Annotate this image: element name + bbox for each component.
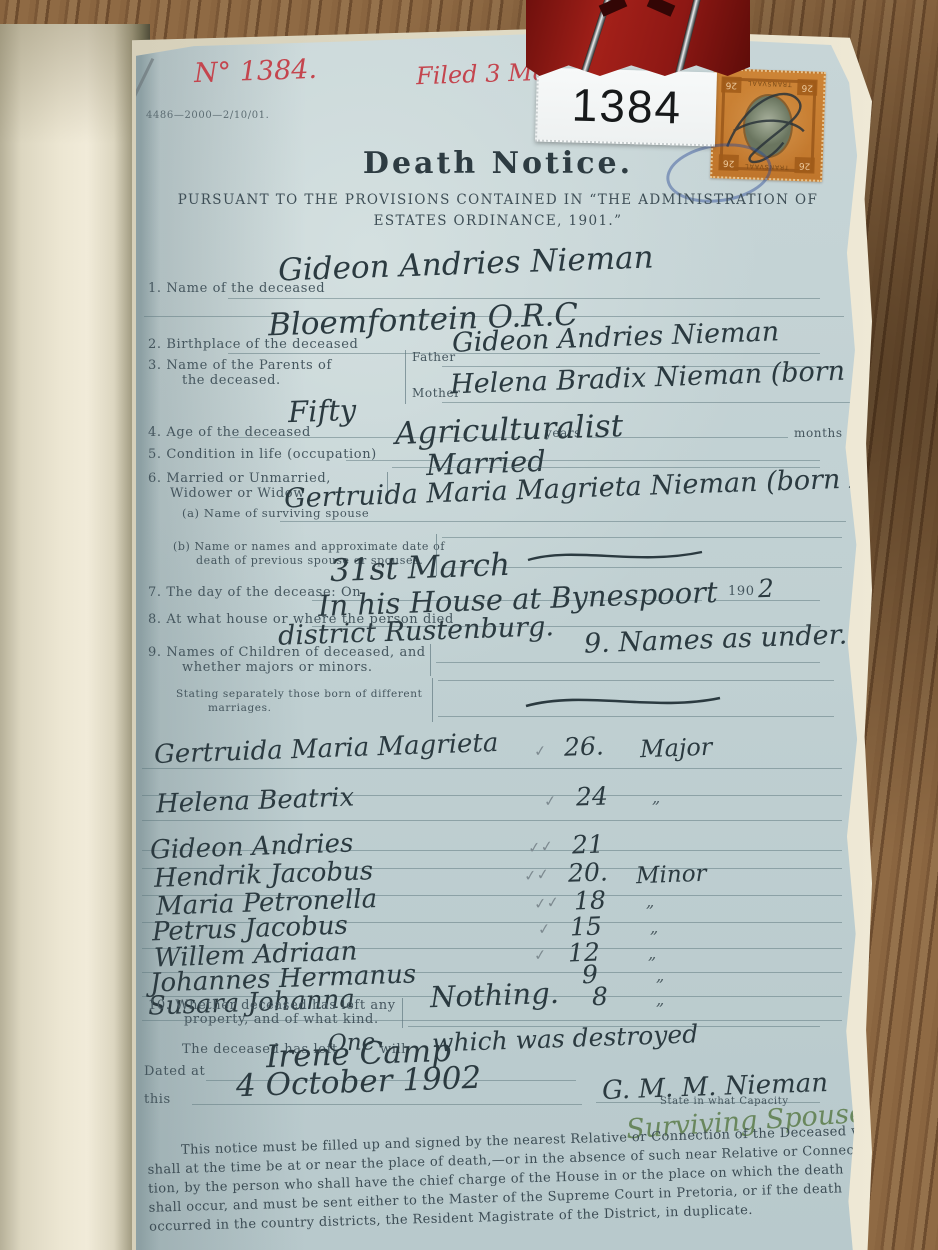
child-row-name: Helena Beatrix xyxy=(156,783,355,820)
field9-label-line1: 9. Names of Children of deceased, and xyxy=(148,645,426,660)
child-row-status: „ xyxy=(646,892,654,911)
rule-line xyxy=(142,768,842,769)
pencil-check-icon: ✓ xyxy=(533,945,547,964)
field5-label: 5. Condition in life (occupation) xyxy=(148,447,377,462)
brace-line xyxy=(402,998,403,1028)
case-number-handwritten: N° 1384. xyxy=(193,54,317,89)
rule-line xyxy=(438,680,834,681)
field1-value: Gideon Andries Nieman xyxy=(277,239,654,288)
child-row-status: „ xyxy=(656,966,664,985)
father-label: Father xyxy=(412,350,456,364)
rule-line xyxy=(436,662,820,663)
pencil-check-icon: ✓✓ xyxy=(523,865,550,886)
months-label: months xyxy=(794,426,843,440)
child-row-status: „ xyxy=(656,990,664,1009)
child-row-status: „ xyxy=(648,944,656,963)
pencil-check-icon: ✓ xyxy=(533,741,547,760)
rule-line xyxy=(438,716,834,717)
date-value: 4 October 1902 xyxy=(235,1060,481,1105)
death-notice-form-page: N° 1384. Filed 3 Ma 4486—2000—2/10/01. T… xyxy=(136,34,860,1250)
rule-line xyxy=(442,537,842,538)
field6a-value: Gertruida Maria Magrieta Nieman (born Bo… xyxy=(284,461,860,515)
child-row-age: 8 xyxy=(591,982,608,1012)
rule-line xyxy=(716,600,820,601)
year-written: 2 xyxy=(757,574,774,604)
field9-label-line2: whether majors or minors. xyxy=(182,660,373,675)
field4-value: Fifty xyxy=(287,393,356,429)
rule-line xyxy=(442,402,860,403)
form-title: Death Notice. xyxy=(136,146,860,181)
child-row-status: „ xyxy=(650,918,658,937)
field10-label-line1: 10. Whether deceased has left any xyxy=(148,998,396,1013)
child-row-age: 21 xyxy=(572,829,605,859)
field3-label-line2: the deceased. xyxy=(182,373,281,388)
pencil-check-mark-icon xyxy=(136,58,154,106)
form-subtitle-line1: PURSUANT TO THE PROVISIONS CONTAINED IN … xyxy=(136,192,860,208)
brace-line xyxy=(430,644,431,676)
pencil-check-icon: ✓ xyxy=(543,791,557,810)
child-row-name: Gertruida Maria Magrieta xyxy=(154,728,499,770)
form-serial-number: 4486—2000—2/10/01. xyxy=(146,110,269,121)
field10-label-line2: property, and of what kind. xyxy=(184,1012,379,1027)
archive-number: 1384 xyxy=(571,77,683,134)
field9-note-line2: marriages. xyxy=(208,702,272,714)
book-page-stack xyxy=(0,24,150,1250)
pen-dash-stroke xyxy=(526,546,706,566)
pen-dash-stroke xyxy=(524,690,724,712)
dated-at-label: Dated at xyxy=(144,1064,205,1079)
child-row-status: „ xyxy=(652,788,660,807)
pencil-check-icon: ✓✓ xyxy=(533,893,560,914)
brace-line xyxy=(405,350,406,404)
rule-line xyxy=(142,820,842,821)
red-binder-clip xyxy=(526,0,750,76)
child-row-status: Minor xyxy=(636,861,707,889)
rule-line xyxy=(280,521,846,522)
rule-line xyxy=(346,460,820,461)
archive-number-card: 1384 xyxy=(535,68,717,147)
mother-value: Helena Bradix Nieman (born Potgieter) xyxy=(450,351,860,401)
form-subtitle-line2: ESTATES ORDINANCE, 1901.” xyxy=(136,213,860,229)
footer-instructions: This notice must be filled up and signed… xyxy=(147,1122,849,1237)
year-printed: 190 xyxy=(728,584,755,599)
pencil-check-icon: ✓✓ xyxy=(527,837,554,858)
child-row-age: 20. xyxy=(568,857,609,887)
field10-value: Nothing. xyxy=(429,976,559,1014)
this-label: this xyxy=(144,1092,171,1107)
field3-label-line1: 3. Name of the Parents of xyxy=(148,358,332,373)
child-row-status: Major xyxy=(640,733,713,764)
rule-line xyxy=(192,1104,582,1105)
brace-line xyxy=(432,678,433,722)
child-row-age: 24 xyxy=(576,781,609,811)
pencil-check-icon: ✓ xyxy=(537,919,551,938)
field9-note-line1: Stating separately those born of differe… xyxy=(176,688,422,700)
child-row-age: 26. xyxy=(564,731,605,761)
